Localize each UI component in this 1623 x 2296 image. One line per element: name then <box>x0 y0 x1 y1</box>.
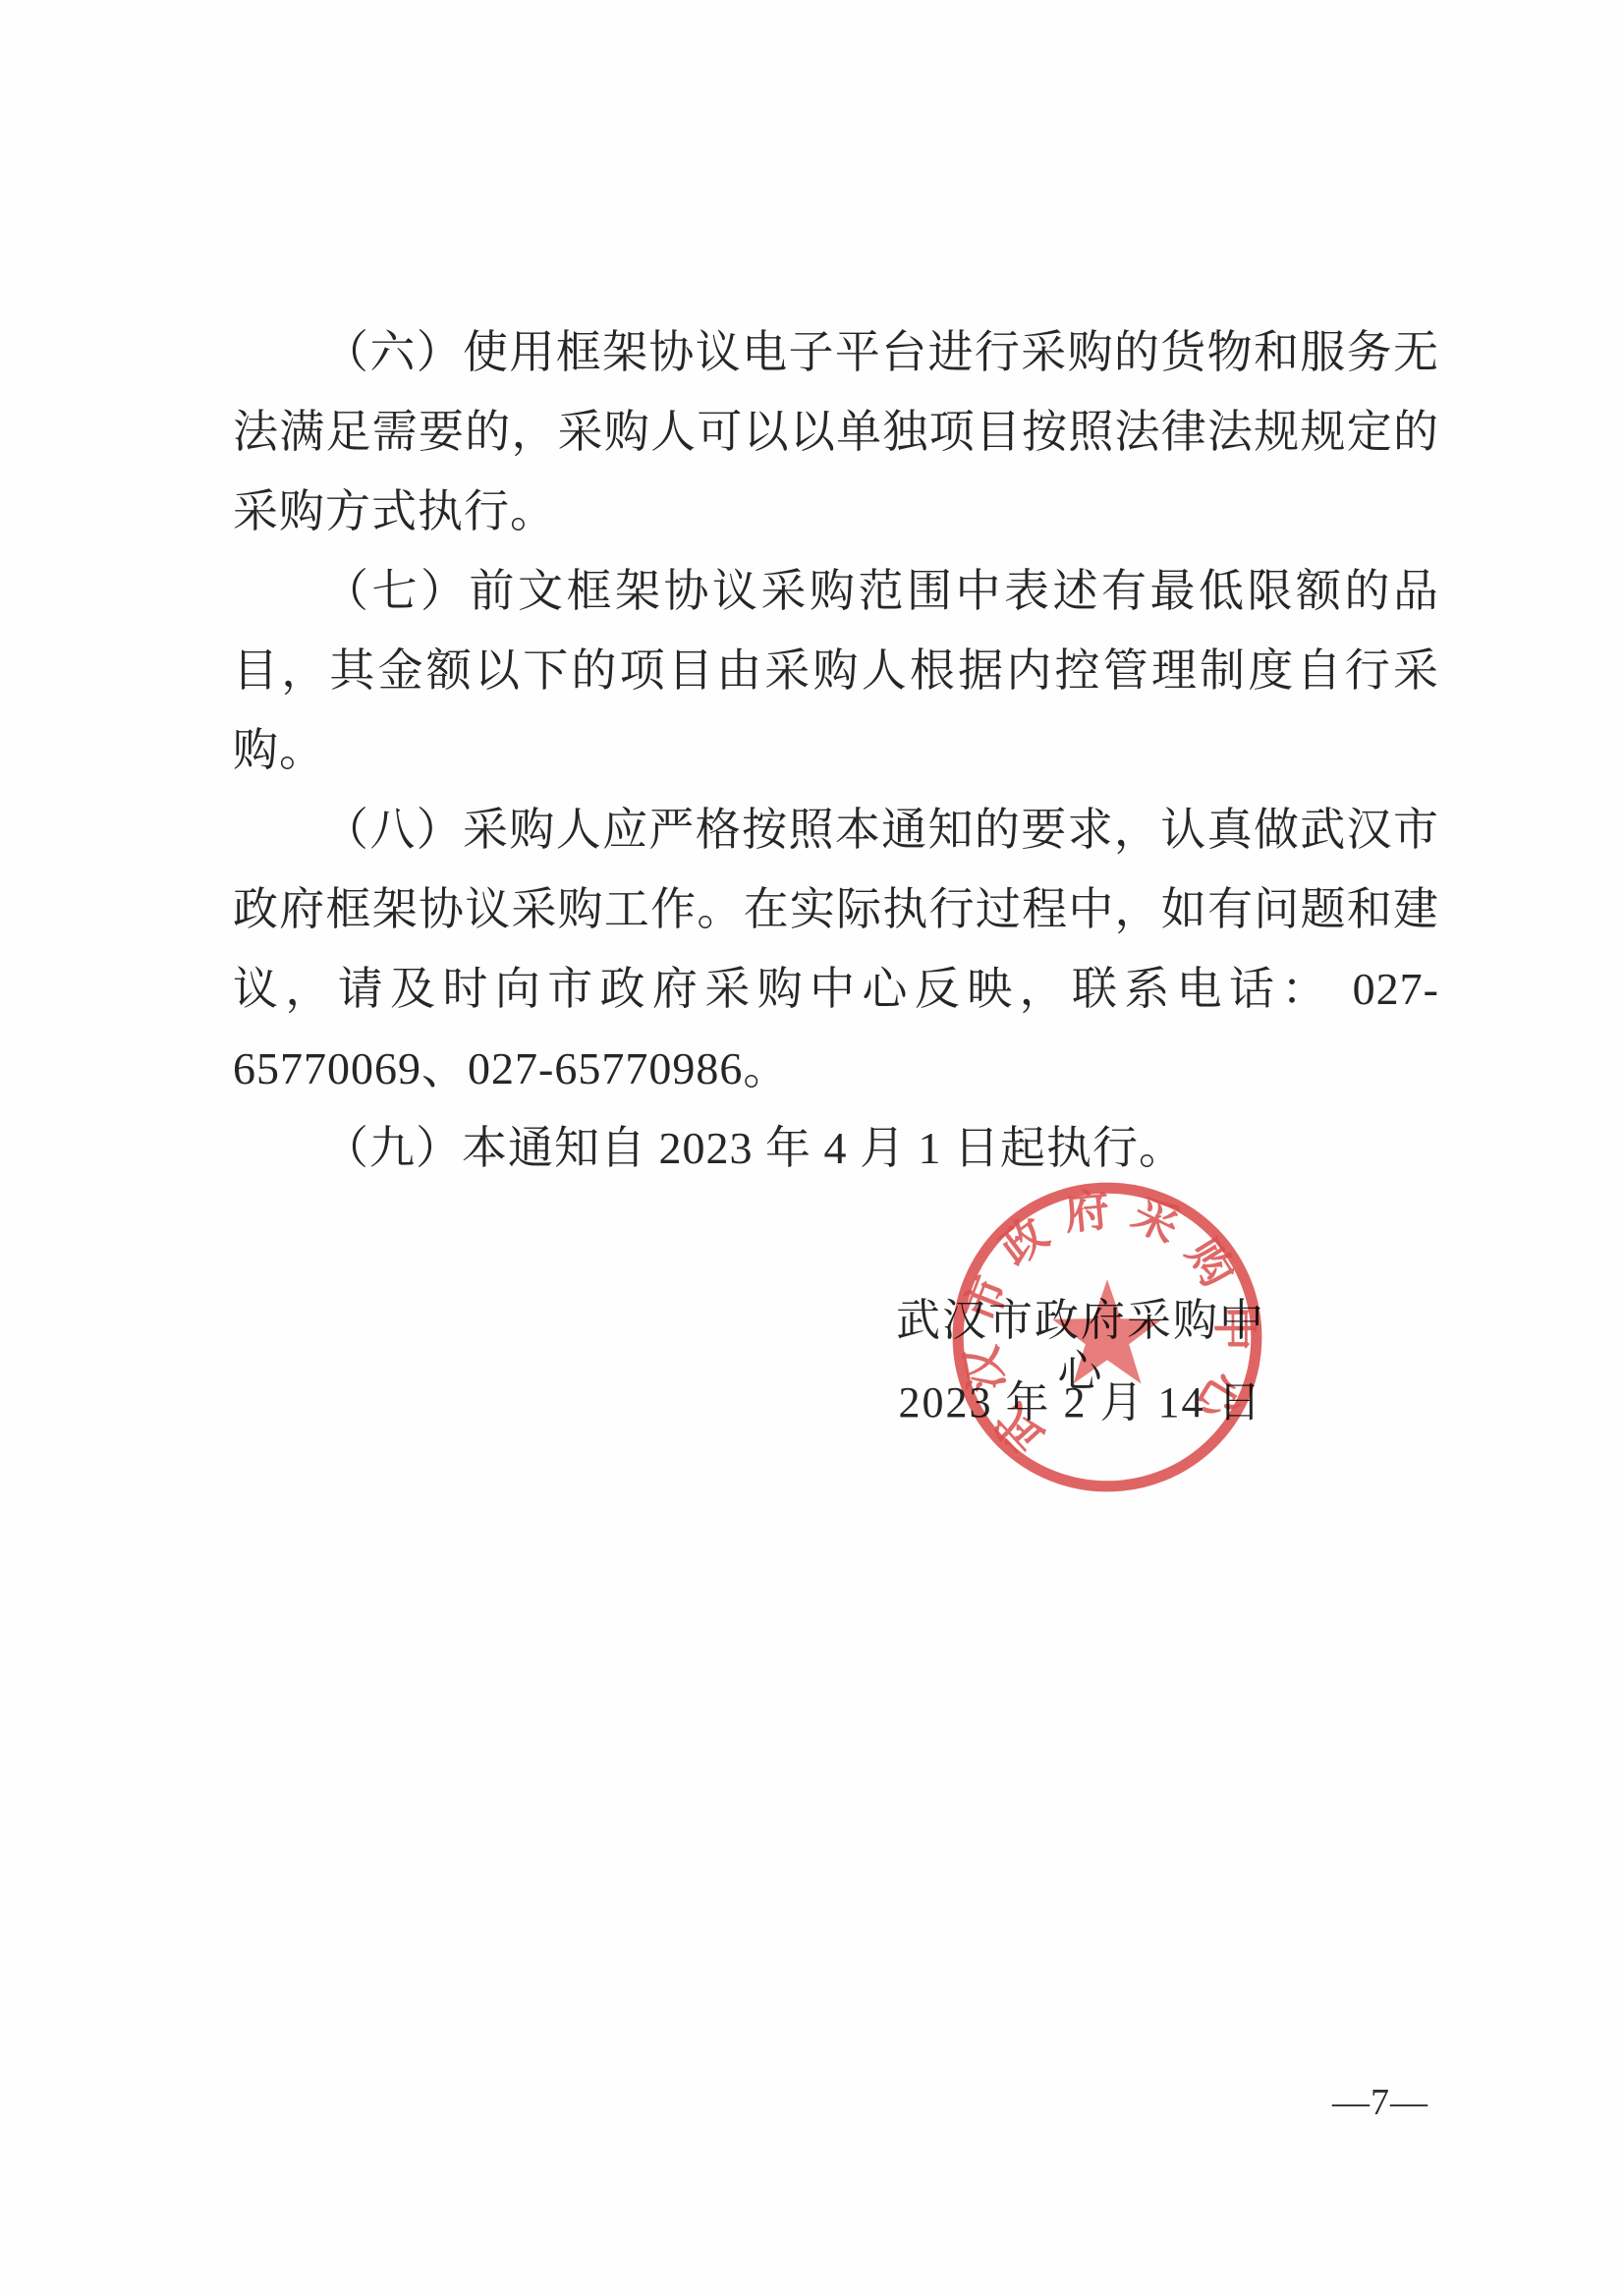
seal-star-icon <box>1052 1279 1162 1383</box>
paragraph-item-8: （八）采购人应严格按照本通知的要求，认真做武汉市政府框架协议采购工作。在实际执行… <box>233 790 1439 1108</box>
official-seal-stamp: 武汉市政府采购中心 <box>947 1177 1267 1497</box>
paragraph-item-7: （七）前文框架协议采购范围中表述有最低限额的品目，其金额以下的项目由采购人根据内… <box>233 551 1439 790</box>
paragraph-item-6: （六）使用框架协议电子平台进行采购的货物和服务无法满足需要的，采购人可以以单独项… <box>233 312 1439 551</box>
paragraph-item-9: （九）本通知自 2023 年 4 月 1 日起执行。 <box>233 1108 1439 1188</box>
document-page: （六）使用框架协议电子平台进行采购的货物和服务无法满足需要的，采购人可以以单独项… <box>0 0 1623 2296</box>
body-text: （六）使用框架协议电子平台进行采购的货物和服务无法满足需要的，采购人可以以单独项… <box>233 312 1439 1188</box>
page-number: —7— <box>1316 2081 1444 2124</box>
